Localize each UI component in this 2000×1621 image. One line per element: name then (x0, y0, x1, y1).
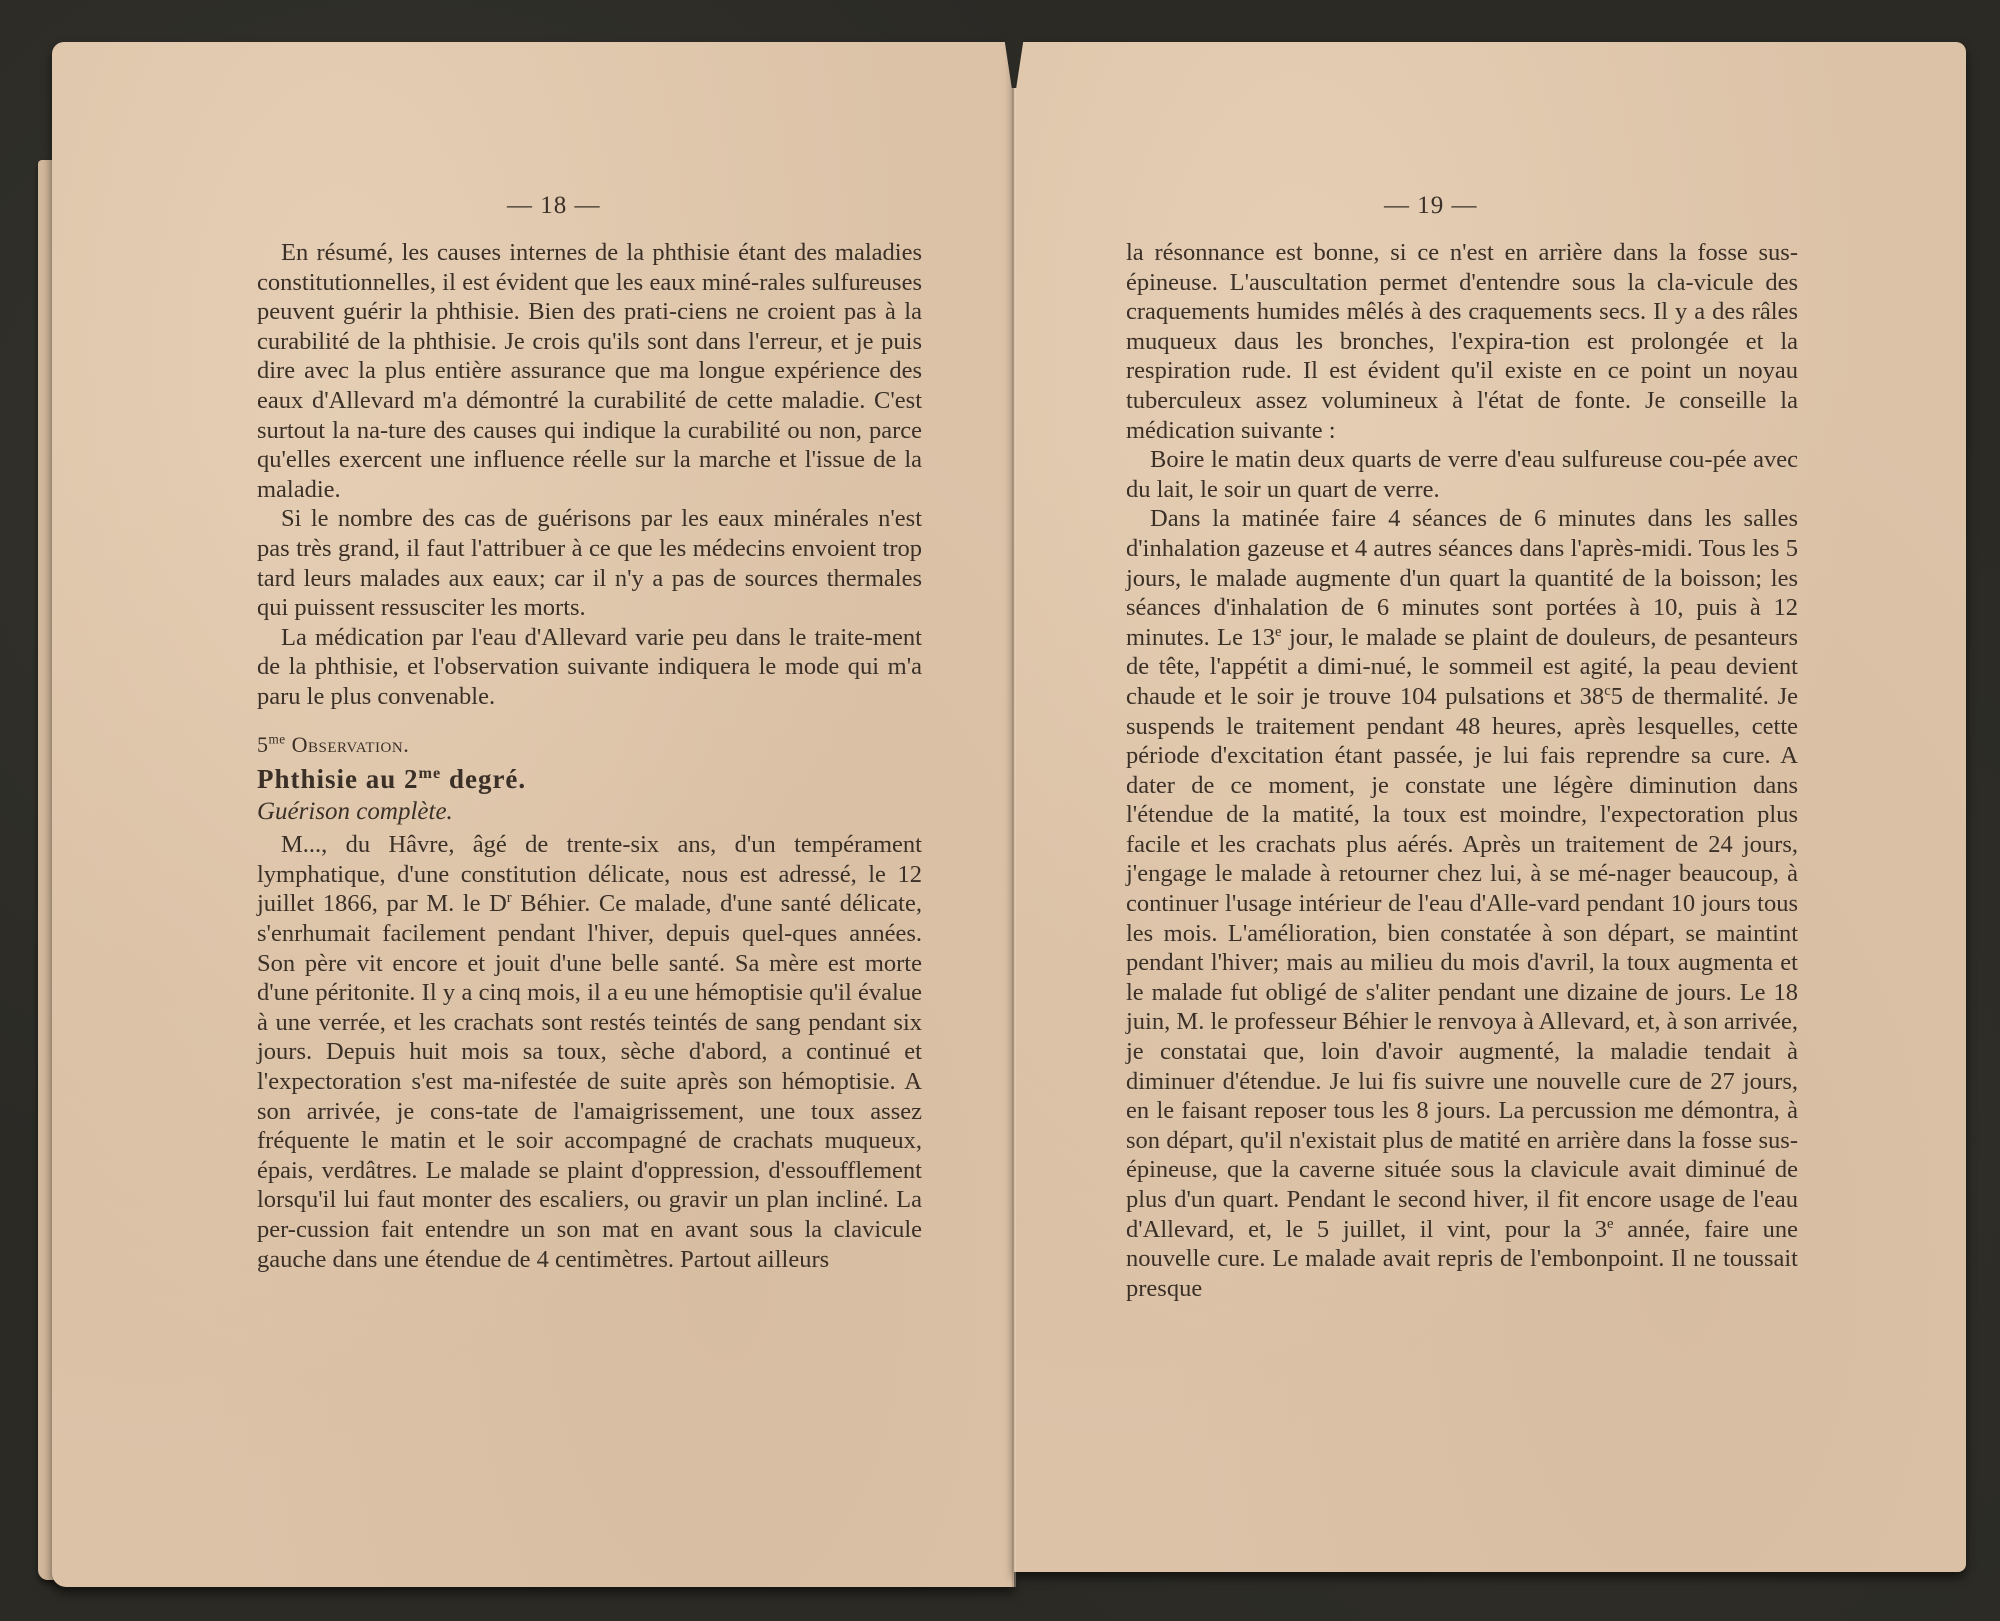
paragraph: Boire le matin deux quarts de verre d'ea… (1126, 445, 1798, 504)
paragraph: la résonnance est bonne, si ce n'est en … (1126, 238, 1798, 445)
page-number-19: — 19 — (1384, 192, 1478, 220)
section-heading: Phthisie au 2me degré. (257, 765, 922, 795)
section-subheading: Guérison complète. (257, 797, 922, 827)
paragraph: Dans la matinée faire 4 séances de 6 min… (1126, 504, 1798, 1303)
observation-label: 5me Observation. (257, 730, 922, 760)
book-gutter (1012, 70, 1016, 1587)
left-page-text: En résumé, les causes internes de la pht… (257, 238, 922, 1274)
left-page: — 18 — En résumé, les causes internes de… (52, 42, 1014, 1587)
right-page: — 19 — la résonnance est bonne, si ce n'… (1014, 42, 1966, 1572)
paragraph: La médication par l'eau d'Allevard varie… (257, 623, 922, 712)
right-page-text: la résonnance est bonne, si ce n'est en … (1126, 238, 1798, 1303)
page-number-18: — 18 — (507, 192, 601, 220)
paragraph: En résumé, les causes internes de la pht… (257, 238, 922, 504)
paragraph: Si le nombre des cas de guérisons par le… (257, 504, 922, 622)
case-paragraph: M..., du Hâvre, âgé de trente-six ans, d… (257, 830, 922, 1274)
